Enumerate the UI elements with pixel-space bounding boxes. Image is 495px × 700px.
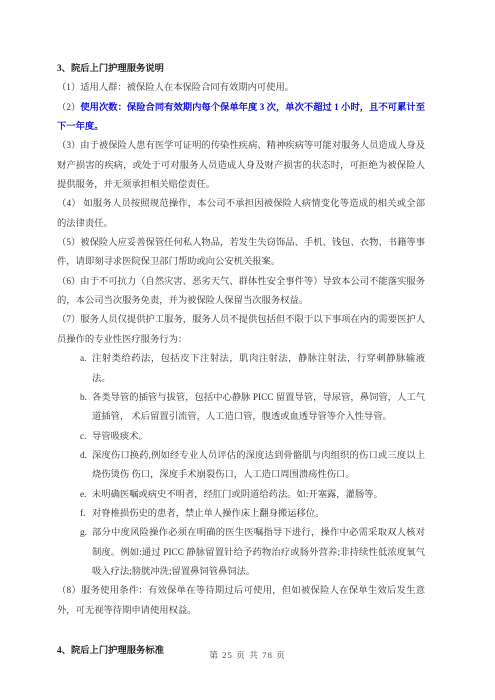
list-item: c.导管吸痰术。 (57, 428, 425, 447)
list-item: g.部分中度风险操作必须在明确的医生医嘱指导下进行，操作中必需采取双人核对制度。… (57, 524, 425, 582)
paragraph: （4） 如服务人员按照规范操作，本公司不承担因被保险人病情变化等造成的相关或全部… (57, 195, 425, 234)
paragraph-text-highlighted: 使用次数：保险合同有效期内每个保单年度 3 次，单次不超过 1 小时，且不可累计… (57, 103, 425, 132)
paragraph-text: （2） (57, 103, 80, 113)
paragraph: （2）使用次数：保险合同有效期内每个保单年度 3 次，单次不超过 1 小时，且不… (57, 99, 425, 138)
list-item: a.注射类给药法，包括皮下注射法，肌肉注射法，静脉注射法，行穿刺静脉输液法。 (57, 350, 425, 389)
list-item: e.未明确医嘱或病史不明者，经肛门或阴道给药法。如:开塞露，灌肠等。 (57, 486, 425, 505)
paragraph-text: （6）由于不可抗力（自然灾害、恶劣天气、群体性安全事件等）导致本公司不能落实服务… (57, 277, 425, 306)
list-item-text: 对脊椎损伤史的患者，禁止单人操作床上翻身搬运移位。 (92, 509, 324, 519)
list-marker: g. (80, 524, 87, 543)
list-item-text: 各类导管的插管与拔管，包括中心静脉 PICC 留置导管，导尿管，鼻饲管，人工气道… (92, 393, 425, 422)
page-number: 第 25 页 共 78 页 (209, 650, 286, 660)
list-marker: c. (80, 428, 86, 447)
list-item-text: 注射类给药法，包括皮下注射法，肌肉注射法，静脉注射法，行穿刺静脉输液法。 (92, 354, 425, 383)
paragraph: （6）由于不可抗力（自然灾害、恶劣天气、群体性安全事件等）导致本公司不能落实服务… (57, 273, 425, 312)
list-marker: d. (80, 447, 87, 466)
paragraph-text: （5）被保险人应妥善保管任何私人物品，若发生失窃饰品、手机、钱包、衣物、书籍等事… (57, 238, 425, 267)
paragraph-text: （8）服务使用条件：有效保单在等待期过后可使用，但如被保险人在保单生效后发生意外… (57, 586, 425, 615)
paragraph: （7）服务人员仅提供护工服务，服务人员不提供包括但不限于以下事项在内的需要医护人… (57, 311, 425, 350)
document-content: 3、院后上门护理服务说明（1）适用人群：被保险人在本保险合同有效期内可使用。（2… (57, 60, 425, 661)
paragraph: （8）服务使用条件：有效保单在等待期过后可使用，但如被保险人在保单生效后发生意外… (57, 582, 425, 621)
list-marker: b. (80, 389, 87, 408)
list-item: f.对脊椎损伤史的患者，禁止单人操作床上翻身搬运移位。 (57, 505, 425, 524)
section-3-heading: 3、院后上门护理服务说明 (57, 60, 425, 79)
page-footer: 第 25 页 共 78 页 (0, 648, 495, 661)
paragraph: （3）由于被保险人患有医学可证明的传染性疾病、精神疾病等可能对服务人员造成人身及… (57, 137, 425, 195)
list-item-text: 深度伤口换药,例如经专业人员评估的深度达到骨骼肌与肉组织的伤口或三度以上烧伤烫伤… (92, 451, 425, 480)
list-marker: f. (80, 505, 85, 524)
list-item-text: 导管吸痰术。 (92, 432, 148, 442)
list-item-text: 部分中度风险操作必须在明确的医生医嘱指导下进行，操作中必需采取双人核对制度。例如… (92, 528, 425, 577)
list-marker: a. (80, 350, 86, 369)
list-item: d.深度伤口换药,例如经专业人员评估的深度达到骨骼肌与肉组织的伤口或三度以上烧伤… (57, 447, 425, 486)
paragraph: （1）适用人群：被保险人在本保险合同有效期内可使用。 (57, 79, 425, 98)
paragraph-text: （4） 如服务人员按照规范操作，本公司不承担因被保险人病情变化等造成的相关或全部… (57, 199, 425, 228)
list-item-text: 未明确医嘱或病史不明者，经肛门或阴道给药法。如:开塞露，灌肠等。 (92, 490, 383, 500)
list-marker: e. (80, 486, 86, 505)
document-page: 3、院后上门护理服务说明（1）适用人群：被保险人在本保险合同有效期内可使用。（2… (0, 0, 495, 700)
paragraph: （5）被保险人应妥善保管任何私人物品，若发生失窃饰品、手机、钱包、衣物、书籍等事… (57, 234, 425, 273)
paragraph-text: （7）服务人员仅提供护工服务，服务人员不提供包括但不限于以下事项在内的需要医护人… (57, 315, 425, 344)
paragraph-text: （1）适用人群：被保险人在本保险合同有效期内可使用。 (57, 83, 294, 93)
paragraph-text: （3）由于被保险人患有医学可证明的传染性疾病、精神疾病等可能对服务人员造成人身及… (57, 141, 425, 190)
list-item: b.各类导管的插管与拔管，包括中心静脉 PICC 留置导管，导尿管，鼻饲管，人工… (57, 389, 425, 428)
